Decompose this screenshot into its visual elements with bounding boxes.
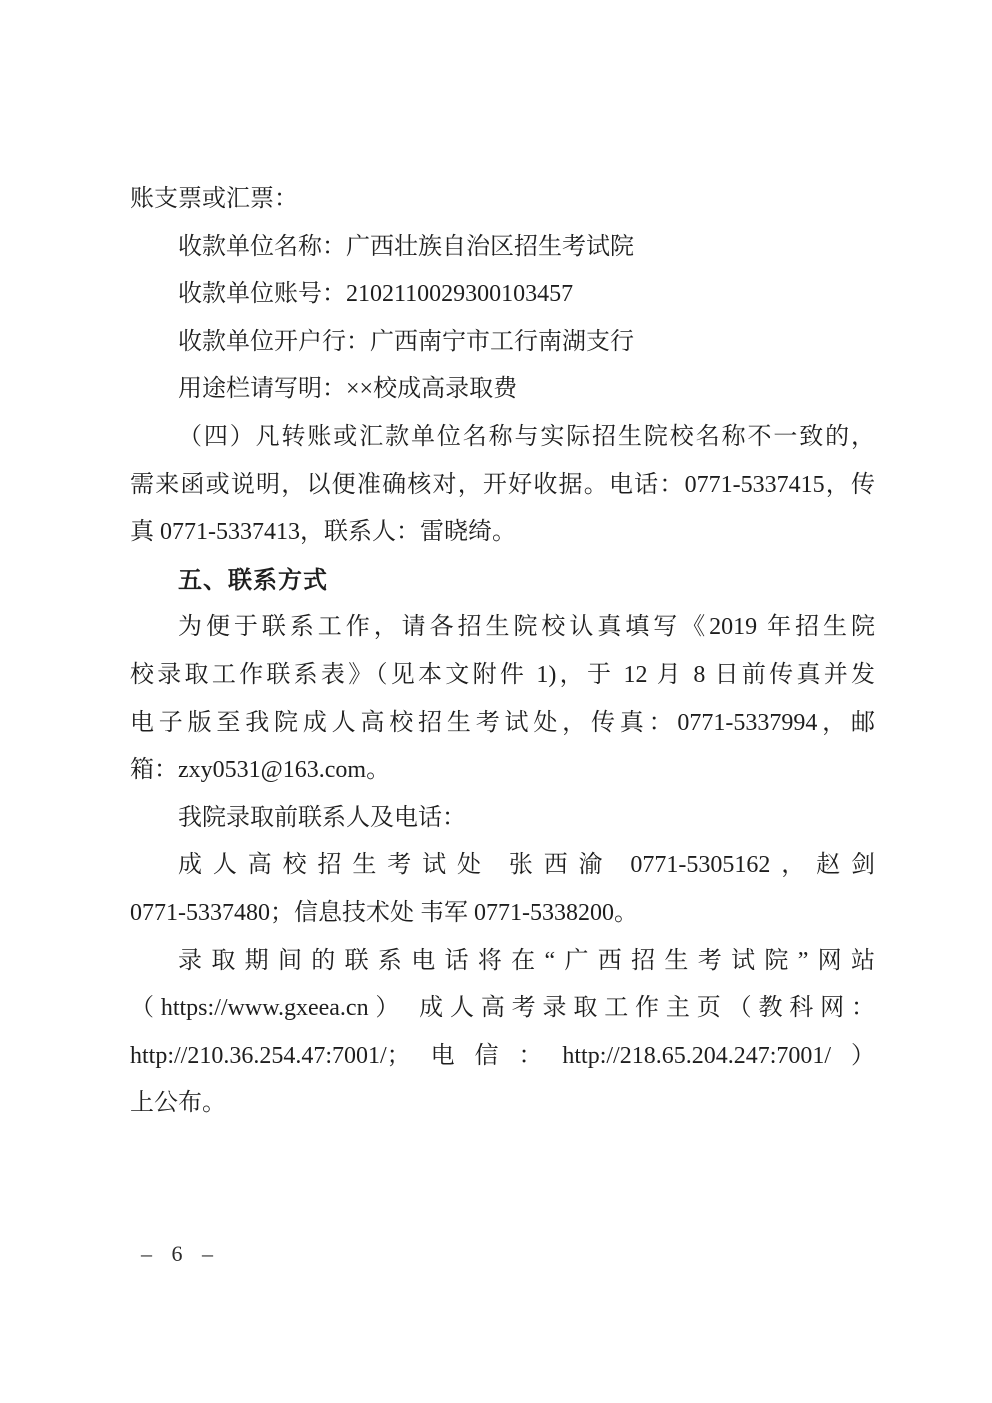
para-website-line1: 录取期间的联系电话将在“广西招生考试院”网站 <box>130 938 875 986</box>
document-body: 账支票或汇票： 收款单位名称：广西壮族自治区招生考试院 收款单位账号：21021… <box>130 176 875 1128</box>
line-cheque-or-draft: 账支票或汇票： <box>130 176 875 224</box>
line-contact-persons-2: 0771-5337480；信息技术处 韦军 0771-5338200。 <box>130 890 875 938</box>
para-website-line2: （https://www.gxeea.cn） 成人高考录取工作主页（教科网： <box>130 985 875 1033</box>
heading-contact-method: 五、联系方式 <box>130 557 875 605</box>
line-pre-admission-contacts: 我院录取前联系人及电话： <box>130 795 875 843</box>
para-contact-form-line4: 箱：zxy0531@163.com。 <box>130 747 875 795</box>
para-note4-line1: （四）凡转账或汇款单位名称与实际招生院校名称不一致的， <box>130 414 875 462</box>
line-contact-persons-1: 成人高校招生考试处 张西渝 0771-5305162，赵剑 <box>130 842 875 890</box>
page-number: – 6 – <box>141 1239 220 1269</box>
para-note4-line2: 需来函或说明，以便准确核对，开好收据。电话：0771-5337415，传 <box>130 462 875 510</box>
line-payee-account-number: 收款单位账号：2102110029300103457 <box>130 271 875 319</box>
para-contact-form-line3: 电子版至我院成人高校招生考试处，传真：0771-5337994，邮 <box>130 700 875 748</box>
para-website-line3: http://210.36.254.47:7001/；电信：http://218… <box>130 1033 875 1081</box>
para-website-line4: 上公布。 <box>130 1080 875 1128</box>
line-payment-purpose: 用途栏请写明：××校成高录取费 <box>130 366 875 414</box>
document-page: 账支票或汇票： 收款单位名称：广西壮族自治区招生考试院 收款单位账号：21021… <box>0 0 992 1403</box>
para-contact-form-line2: 校录取工作联系表》（见本文附件 1)，于 12 月 8 日前传真并发 <box>130 652 875 700</box>
line-payee-name: 收款单位名称：广西壮族自治区招生考试院 <box>130 224 875 272</box>
para-contact-form-line1: 为便于联系工作，请各招生院校认真填写《2019 年招生院 <box>130 604 875 652</box>
line-payee-bank: 收款单位开户行：广西南宁市工行南湖支行 <box>130 319 875 367</box>
para-note4-line3: 真 0771-5337413，联系人：雷晓绮。 <box>130 509 875 557</box>
